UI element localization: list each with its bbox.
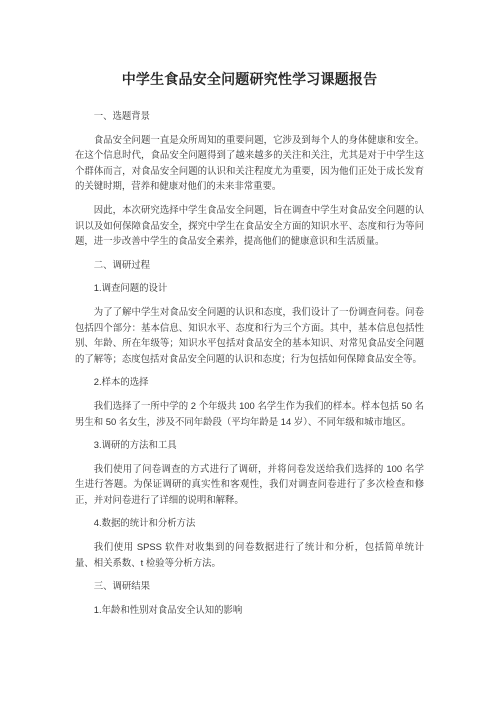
body-paragraph: 为了了解中学生对食品安全问题的认识和态度，我们设计了一份调查问卷。问卷包括四个部…	[75, 304, 424, 366]
subsection-heading-methods-tools: 3.调研的方法和工具	[75, 437, 424, 453]
document-page: 中学生食品安全问题研究性学习课题报告 一、选题背景 食品安全问题一直是众所周知的…	[0, 0, 500, 707]
subsection-heading-sample-selection: 2.样本的选择	[75, 374, 424, 390]
section-heading-process: 二、调研过程	[75, 257, 424, 273]
body-paragraph: 我们使用 SPSS 软件对收集到的问卷数据进行了统计和分析，包括简单统计量、相关…	[75, 539, 424, 570]
body-paragraph: 我们选择了一所中学的 2 个年级共 100 名学生作为我们的样本。样本包括 50…	[75, 398, 424, 429]
body-paragraph: 食品安全问题一直是众所周知的重要问题，它涉及到每个人的身体健康和安全。在这个信息…	[75, 132, 424, 194]
subsection-heading-question-design: 1.调查问题的设计	[75, 280, 424, 296]
body-paragraph: 我们使用了问卷调查的方式进行了调研，并将问卷发送给我们选择的 100 名学生进行…	[75, 461, 424, 508]
subsection-heading-statistics-analysis: 4.数据的统计和分析方法	[75, 515, 424, 531]
body-paragraph: 因此，本次研究选择中学生食品安全问题，旨在调查中学生对食品安全问题的认识以及如何…	[75, 202, 424, 249]
subsection-heading-age-gender-effect: 1.年龄和性别对食品安全认知的影响	[75, 602, 424, 618]
section-heading-background: 一、选题背景	[75, 108, 424, 124]
section-heading-results: 三、调研结果	[75, 578, 424, 594]
document-title: 中学生食品安全问题研究性学习课题报告	[75, 70, 424, 89]
